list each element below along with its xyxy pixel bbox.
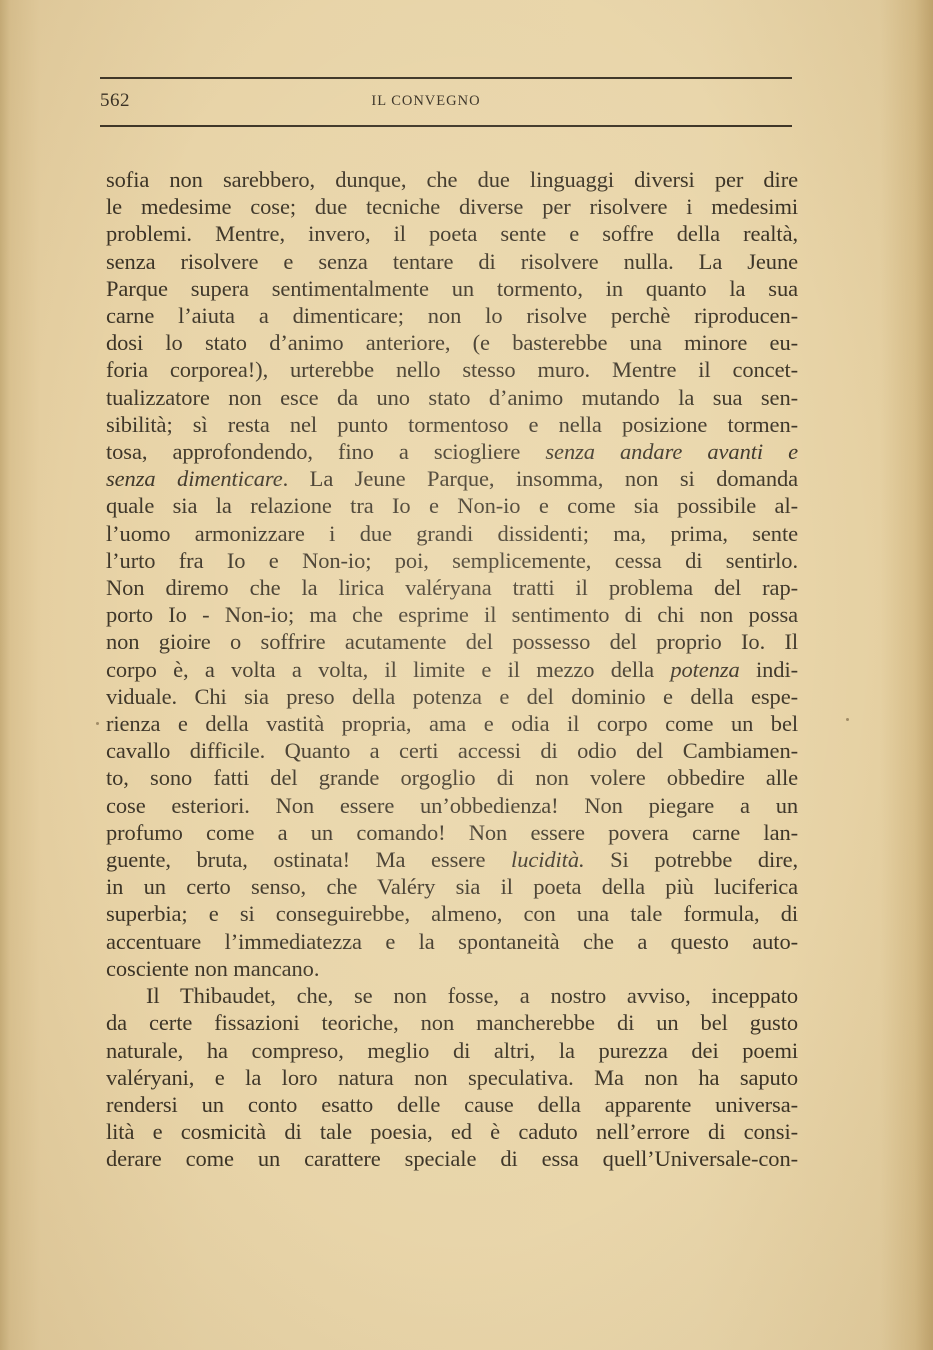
running-head: 562 IL CONVEGNO [100, 90, 792, 116]
italic-phrase: senza dimenticare [106, 466, 283, 491]
text-run: Si potrebbe dire, [585, 847, 798, 872]
italic-phrase: senza andare avanti e [545, 439, 798, 464]
text-line: problemi. Mentre, invero, il poeta sente… [106, 220, 798, 247]
text-line: da certe fissazioni teoriche, non manche… [106, 1009, 798, 1036]
paper-speck [846, 718, 849, 721]
text-line: corpo è, a volta a volta, il limite e il… [106, 656, 798, 683]
italic-phrase: potenza [670, 657, 739, 682]
text-line: l’uomo armonizzare i due grandi dissiden… [106, 520, 798, 547]
text-line: Il Thibaudet, che, se non fosse, a nostr… [106, 982, 798, 1009]
italic-phrase: lucidità. [511, 847, 584, 872]
text-line: cosciente non mancano. [106, 955, 798, 982]
text-line: carne l’aiuta a dimenticare; non lo riso… [106, 302, 798, 329]
text-line: cose esteriori. Non essere un’obbedienza… [106, 792, 798, 819]
text-line: tosa, approfondendo, fino a sciogliere s… [106, 438, 798, 465]
text-line: valéryani, e la loro natura non speculat… [106, 1064, 798, 1091]
scanned-page: 562 IL CONVEGNO sofia non sarebbero, dun… [0, 0, 933, 1350]
text-line: foria corporea!), urterebbe nello stesso… [106, 356, 798, 383]
body-text: sofia non sarebbero, dunque, che due lin… [106, 166, 798, 1173]
paper-speck [96, 722, 99, 725]
journal-title: IL CONVEGNO [100, 93, 792, 110]
text-line: guente, bruta, ostinata! Ma essere lucid… [106, 846, 798, 873]
text-line: senza risolvere e senza tentare di risol… [106, 248, 798, 275]
text-line: viduale. Chi sia preso della potenza e d… [106, 683, 798, 710]
header-rule-top [100, 77, 792, 79]
text-line: le medesime cose; due tecniche diverse p… [106, 193, 798, 220]
text-line: tualizzatore non esce da uno stato d’ani… [106, 384, 798, 411]
text-line: lità e cosmicità di tale poesia, ed è ca… [106, 1118, 798, 1145]
text-run: indi- [740, 657, 798, 682]
text-line: l’urto fra Io e Non-io; poi, semplicemen… [106, 547, 798, 574]
header-rule-bottom [100, 125, 792, 127]
text-line: to, sono fatti del grande orgoglio di no… [106, 764, 798, 791]
text-line: derare come un carattere speciale di ess… [106, 1145, 798, 1172]
text-line: profumo come a un comando! Non essere po… [106, 819, 798, 846]
text-run: corpo è, a volta a volta, il limite e il… [106, 657, 670, 682]
text-line: rendersi un conto esatto delle cause del… [106, 1091, 798, 1118]
text-line: quale sia la relazione tra Io e Non-io e… [106, 492, 798, 519]
text-line: naturale, ha compreso, meglio di altri, … [106, 1037, 798, 1064]
text-run: tosa, approfondendo, fino a sciogliere [106, 439, 545, 464]
text-line: senza dimenticare. La Jeune Parque, inso… [106, 465, 798, 492]
text-line: Parque supera sentimentalmente un tormen… [106, 275, 798, 302]
text-line: Non diremo che la lirica valéryana tratt… [106, 574, 798, 601]
text-run: guente, bruta, ostinata! Ma essere [106, 847, 511, 872]
text-line: non gioire o soffrire acutamente del pos… [106, 628, 798, 655]
text-line: porto Io - Non-io; ma che esprime il sen… [106, 601, 798, 628]
text-line: superbia; e si conseguirebbe, almeno, co… [106, 900, 798, 927]
text-line: rienza e della vastità propria, ama e od… [106, 710, 798, 737]
text-line: dosi lo stato d’animo anteriore, (e bast… [106, 329, 798, 356]
text-line: in un certo senso, che Valéry sia il poe… [106, 873, 798, 900]
text-line: sibilità; sì resta nel punto tormentoso … [106, 411, 798, 438]
text-run: . La Jeune Parque, insomma, non si doman… [283, 466, 798, 491]
text-line: cavallo difficile. Quanto a certi access… [106, 737, 798, 764]
text-line: accentuare l’immediatezza e la spontanei… [106, 928, 798, 955]
text-line: sofia non sarebbero, dunque, che due lin… [106, 166, 798, 193]
